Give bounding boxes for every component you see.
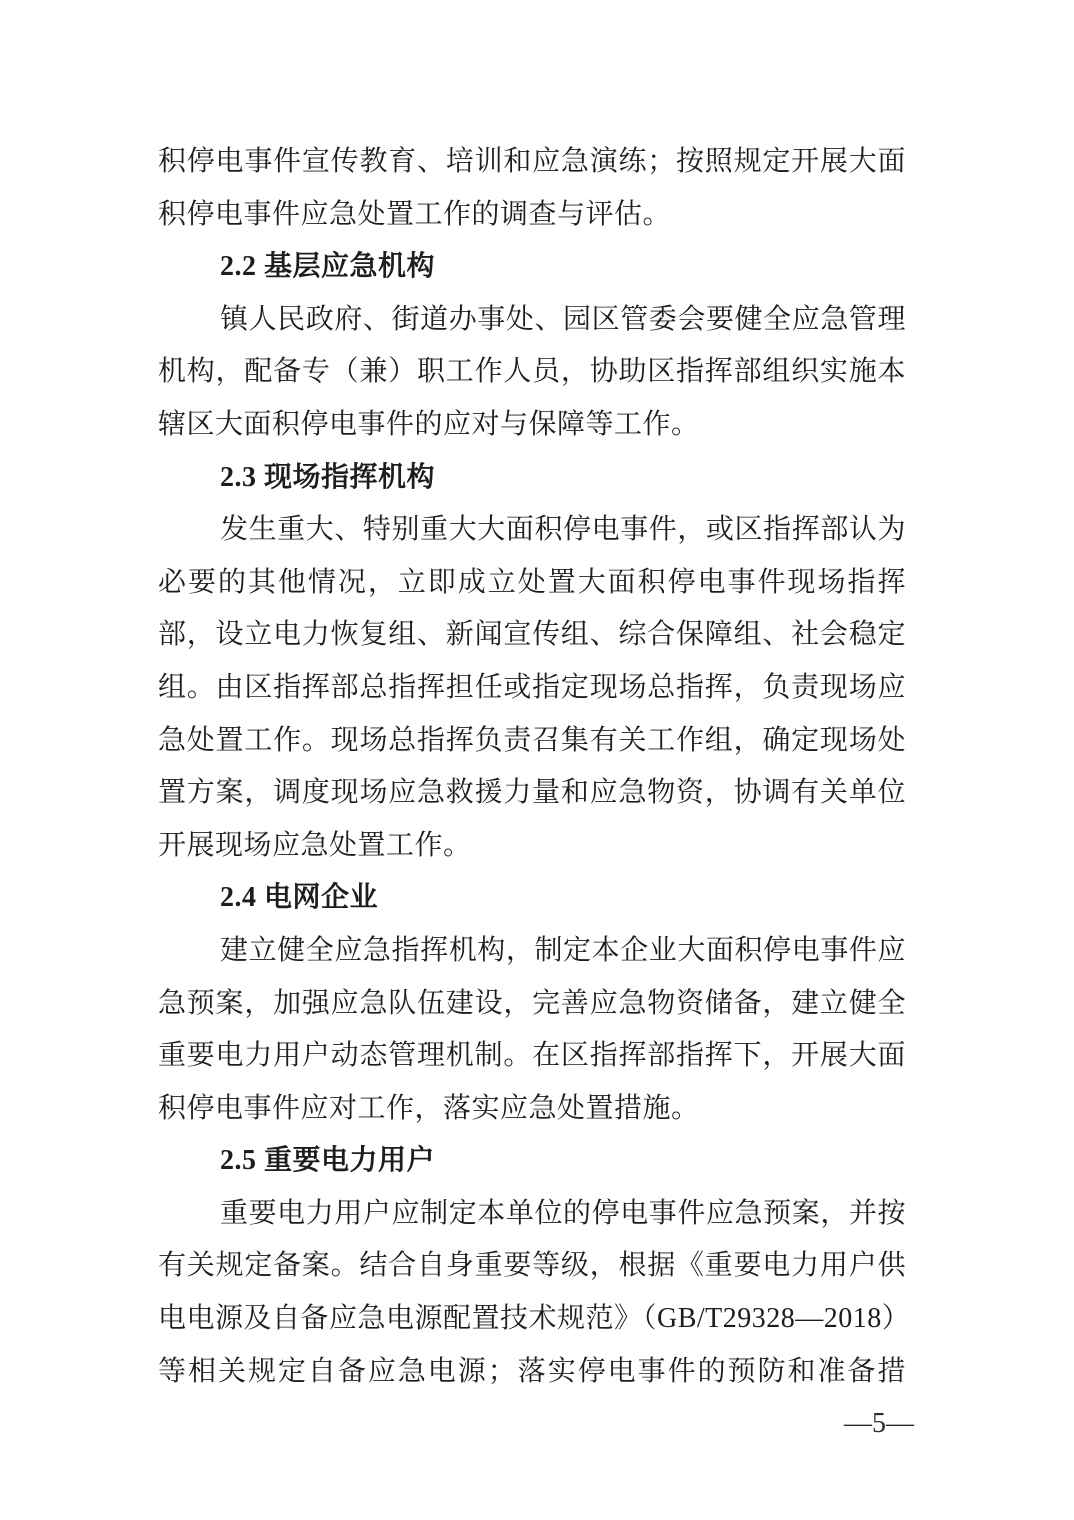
section-heading: 2.4 电网企业 bbox=[158, 872, 906, 925]
text-line: 急处置工作。现场总指挥负责召集有关工作组，确定现场处 bbox=[158, 715, 906, 768]
text-line: 辖区大面积停电事件的应对与保障等工作。 bbox=[158, 399, 906, 452]
text-line: 部，设立电力恢复组、新闻宣传组、综合保障组、社会稳定 bbox=[158, 609, 906, 662]
text-line: 积停电事件应对工作，落实应急处置措施。 bbox=[158, 1083, 906, 1136]
text-line: 开展现场应急处置工作。 bbox=[158, 820, 906, 873]
section-heading: 2.3 现场指挥机构 bbox=[158, 452, 906, 505]
text-line: 必要的其他情况，立即成立处置大面积停电事件现场指挥 bbox=[158, 557, 906, 610]
text-line: 发生重大、特别重大大面积停电事件，或区指挥部认为 bbox=[158, 504, 906, 557]
text-line: 等相关规定自备应急电源；落实停电事件的预防和准备措 bbox=[158, 1346, 906, 1399]
text-line: 置方案，调度现场应急救援力量和应急物资，协调有关单位 bbox=[158, 767, 906, 820]
text-line: 急预案，加强应急队伍建设，完善应急物资储备，建立健全 bbox=[158, 978, 906, 1031]
document-body: 积停电事件宣传教育、培训和应急演练；按照规定开展大面积停电事件应急处置工作的调查… bbox=[158, 136, 906, 1398]
text-line: 积停电事件宣传教育、培训和应急演练；按照规定开展大面 bbox=[158, 136, 906, 189]
text-line: 组。由区指挥部总指挥担任或指定现场总指挥，负责现场应 bbox=[158, 662, 906, 715]
document-page: 积停电事件宣传教育、培训和应急演练；按照规定开展大面积停电事件应急处置工作的调查… bbox=[0, 0, 1074, 1520]
text-line: 电电源及自备应急电源配置技术规范》（GB/T29328—2018） bbox=[158, 1293, 906, 1346]
text-line: 有关规定备案。结合自身重要等级，根据《重要电力用户供 bbox=[158, 1240, 906, 1293]
text-line: 积停电事件应急处置工作的调查与评估。 bbox=[158, 189, 906, 242]
text-line: 镇人民政府、街道办事处、园区管委会要健全应急管理 bbox=[158, 294, 906, 347]
section-heading: 2.2 基层应急机构 bbox=[158, 241, 906, 294]
text-line: 重要电力用户应制定本单位的停电事件应急预案，并按 bbox=[158, 1188, 906, 1241]
text-line: 建立健全应急指挥机构，制定本企业大面积停电事件应 bbox=[158, 925, 906, 978]
section-heading: 2.5 重要电力用户 bbox=[158, 1135, 906, 1188]
text-line: 重要电力用户动态管理机制。在区指挥部指挥下，开展大面 bbox=[158, 1030, 906, 1083]
page-number: —5— bbox=[844, 1402, 914, 1446]
text-line: 机构，配备专（兼）职工作人员，协助区指挥部组织实施本 bbox=[158, 346, 906, 399]
